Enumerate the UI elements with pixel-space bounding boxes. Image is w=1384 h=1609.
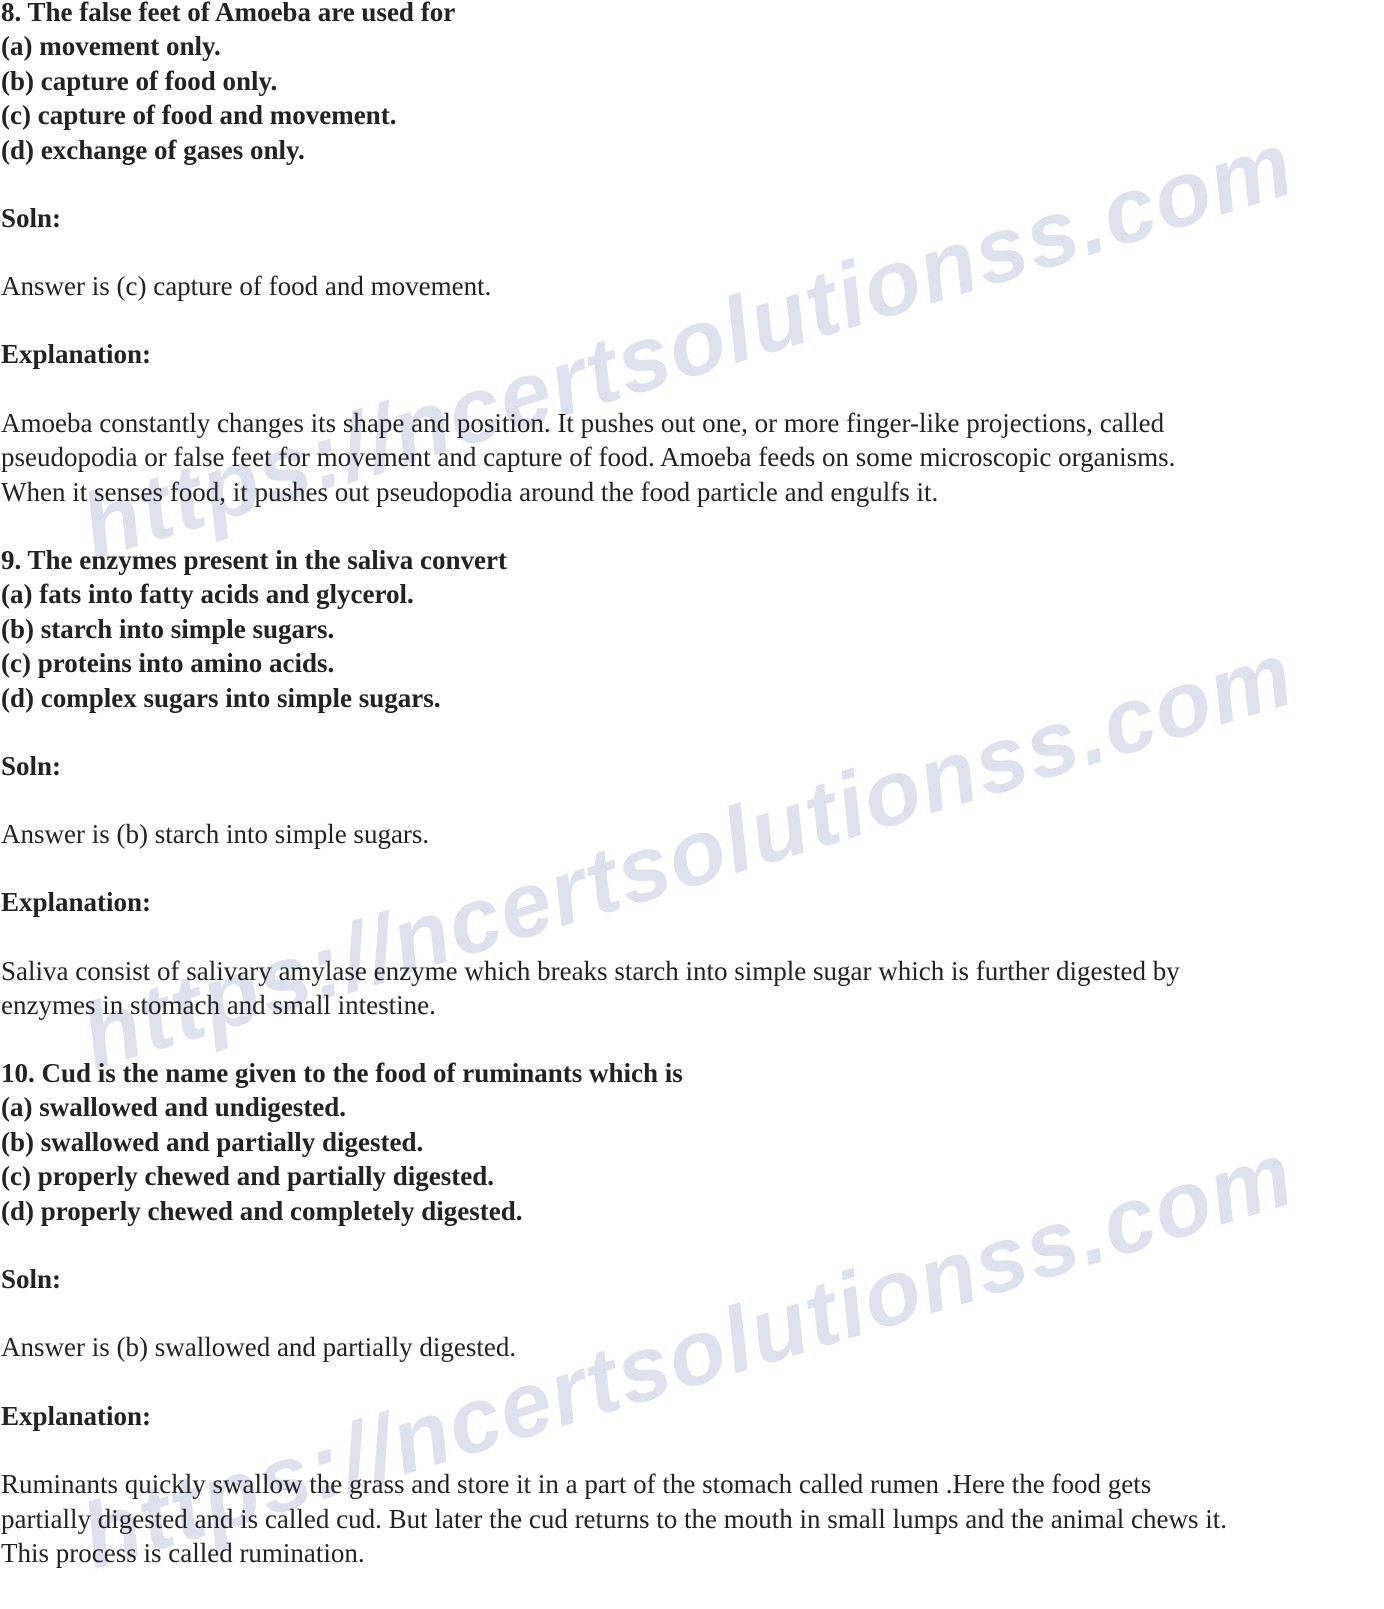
explanation-line: Ruminants quickly swallow the grass and … <box>1 1469 1151 1499</box>
explanation-line: This process is called rumination. <box>1 1538 365 1568</box>
explanation-label: Explanation: <box>1 887 151 917</box>
explanation-line: pseudopodia or false feet for movement a… <box>1 442 1175 472</box>
option-b: (b) swallowed and partially digested. <box>1 1127 423 1157</box>
explanation-label: Explanation: <box>1 1401 151 1431</box>
answer-text: Answer is (c) capture of food and moveme… <box>1 271 491 301</box>
answer-text: Answer is (b) swallowed and partially di… <box>1 1332 516 1362</box>
soln-label: Soln: <box>1 1264 61 1294</box>
option-d: (d) properly chewed and completely diges… <box>1 1196 522 1226</box>
option-c: (c) proteins into amino acids. <box>1 648 334 678</box>
soln-label: Soln: <box>1 203 61 233</box>
option-a: (a) fats into fatty acids and glycerol. <box>1 579 414 609</box>
explanation-label: Explanation: <box>1 339 151 369</box>
soln-label: Soln: <box>1 751 61 781</box>
question-text: 9. The enzymes present in the saliva con… <box>1 545 507 575</box>
option-b: (b) capture of food only. <box>1 66 277 96</box>
explanation-line: Saliva consist of salivary amylase enzym… <box>1 956 1180 986</box>
explanation-line: partially digested and is called cud. Bu… <box>1 1504 1227 1534</box>
document-page: 8. The false feet of Amoeba are used for… <box>0 0 1384 1609</box>
option-a: (a) movement only. <box>1 31 221 61</box>
option-a: (a) swallowed and undigested. <box>1 1092 346 1122</box>
option-d: (d) exchange of gases only. <box>1 135 305 165</box>
option-b: (b) starch into simple sugars. <box>1 614 334 644</box>
option-c: (c) capture of food and movement. <box>1 100 396 130</box>
question-text: 8. The false feet of Amoeba are used for <box>1 0 455 27</box>
question-text: 10. Cud is the name given to the food of… <box>1 1058 683 1088</box>
answer-text: Answer is (b) starch into simple sugars. <box>1 819 429 849</box>
explanation-line: Amoeba constantly changes its shape and … <box>1 408 1164 438</box>
explanation-line: enzymes in stomach and small intestine. <box>1 990 436 1020</box>
option-c: (c) properly chewed and partially digest… <box>1 1161 494 1191</box>
option-d: (d) complex sugars into simple sugars. <box>1 683 441 713</box>
explanation-line: When it senses food, it pushes out pseud… <box>1 477 938 507</box>
